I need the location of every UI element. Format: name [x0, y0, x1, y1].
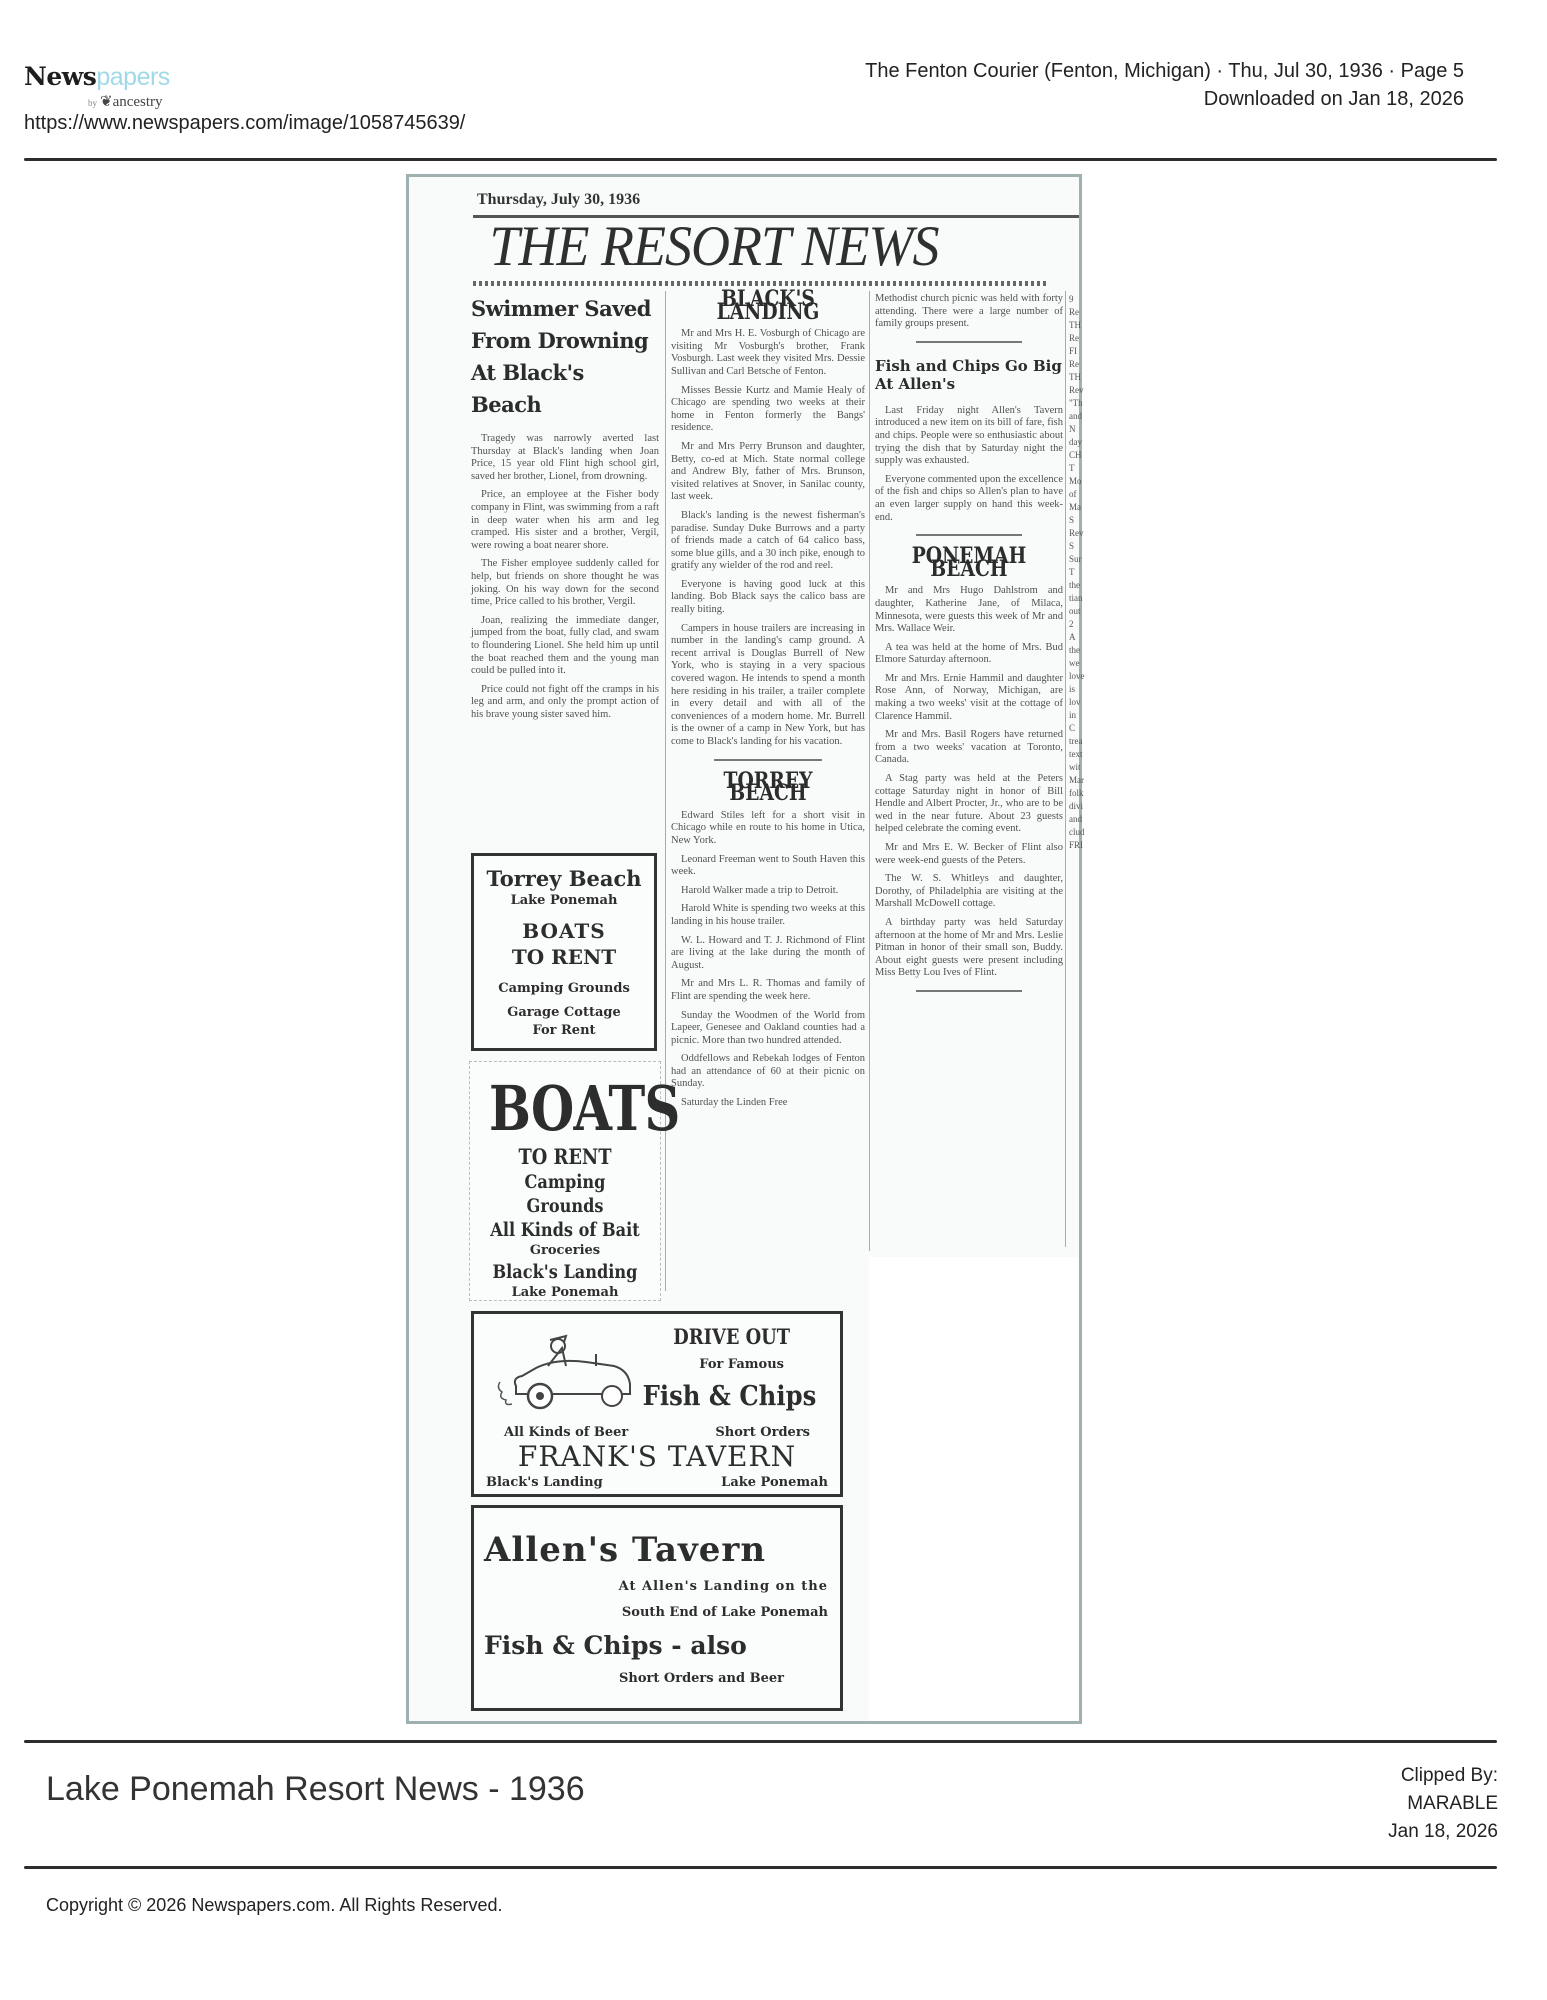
news-item: Mr and Mrs. Ernie Hammil and daughter Ro…	[875, 673, 1063, 723]
news-item: Harold Walker made a trip to Detroit.	[671, 885, 865, 898]
edge-fragment: day	[1069, 436, 1085, 449]
ad-line: Fish & Chips - also	[484, 1630, 747, 1662]
logo-sub-text: ancestry	[113, 94, 163, 110]
ad-line: Short Orders and Beer	[619, 1670, 784, 1688]
edge-fragment: Rev	[1069, 384, 1085, 397]
news-item: Mr and Mrs. Basil Rogers have returned f…	[875, 729, 1063, 767]
headline-line: At Black's Beach	[471, 360, 584, 417]
edge-fragment: Re	[1069, 332, 1085, 345]
news-item: Mr and Mrs L. R. Thomas and family of Fl…	[671, 978, 865, 1003]
news-item: A tea was held at the home of Mrs. Bud E…	[875, 642, 1063, 667]
blank-cutout-area	[869, 1257, 1079, 1721]
torrey-beach-headline: TORREY BEACH	[686, 775, 851, 800]
edge-fragment: TH	[1069, 319, 1085, 332]
section-rule	[916, 341, 1021, 343]
ponemah-beach-headline: PONEMAH BEACH	[889, 550, 1049, 575]
edge-fragment: C	[1069, 722, 1085, 735]
edge-fragment: folk	[1069, 787, 1085, 800]
edge-fragment: trea	[1069, 735, 1085, 748]
ad-line: Black's Landing	[486, 1474, 603, 1492]
blacks-landing-headline: BLACK'S LANDING	[686, 293, 851, 318]
story-paragraph: Everyone commented upon the excellence o…	[875, 474, 1063, 524]
edge-fragment: 2	[1069, 618, 1085, 631]
ad-line: Fish & Chips	[643, 1380, 817, 1414]
edge-fragment: and	[1069, 410, 1085, 423]
newspaper-clipping: Thursday, July 30, 1936 THE RESORT NEWS …	[406, 174, 1082, 1724]
ad-line: TO RENT	[474, 944, 654, 970]
column-divider	[869, 291, 870, 1251]
edge-fragment: love	[1069, 670, 1085, 683]
edge-fragment: Re	[1069, 358, 1085, 371]
edge-fragment: tian	[1069, 592, 1085, 605]
clipped-by-label: Clipped By:	[1388, 1762, 1498, 1790]
section-rule	[916, 534, 1021, 536]
section-rule	[916, 990, 1021, 992]
swimmer-story: Swimmer Saved From Drowning At Black's B…	[471, 293, 659, 727]
edge-fragment: of	[1069, 488, 1085, 501]
ad-title: Allen's Tavern	[484, 1530, 766, 1570]
ad-line: Garage Cottage	[474, 1004, 654, 1022]
story-paragraph: Price, an employee at the Fisher body co…	[471, 489, 659, 552]
edge-fragment: S	[1069, 514, 1085, 527]
news-item: Oddfellows and Rebekah lodges of Fenton …	[671, 1053, 865, 1091]
torrey-beach-ad: Torrey Beach Lake Ponemah BOATS TO RENT …	[471, 853, 657, 1051]
blacks-landing-column: BLACK'S LANDING Mr and Mrs H. E. Vosburg…	[671, 293, 865, 1116]
news-item: Saturday the Linden Free	[671, 1097, 865, 1110]
copyright-notice: Copyright © 2026 Newspapers.com. All Rig…	[46, 1895, 502, 1916]
edge-fragment: Rev	[1069, 527, 1085, 540]
edge-fragment: we	[1069, 657, 1085, 670]
edge-fragment: Ma	[1069, 501, 1085, 514]
edge-fragment: Mar	[1069, 774, 1085, 787]
section-rule	[714, 759, 823, 761]
download-date: Downloaded on Jan 18, 2026	[865, 85, 1464, 113]
ancestry-leaf-icon: ❦	[100, 94, 113, 110]
news-item: Everyone is having good luck at this lan…	[671, 579, 865, 617]
ad-line: All Kinds of Bait	[484, 1218, 646, 1242]
footer-divider-bottom	[24, 1866, 1497, 1869]
edge-fragment: text	[1069, 748, 1085, 761]
story-paragraph: Last Friday night Allen's Tavern introdu…	[875, 405, 1063, 468]
edge-fragment: divi	[1069, 800, 1085, 813]
edge-fragment: Re	[1069, 306, 1085, 319]
news-item: Mr and Mrs E. W. Becker of Flint also we…	[875, 842, 1063, 867]
ponemah-column: Methodist church picnic was held with fo…	[875, 293, 1063, 1006]
edge-fragment: in	[1069, 709, 1085, 722]
news-item: Harold White is spending two weeks at th…	[671, 903, 865, 928]
edge-fragment: T	[1069, 566, 1085, 579]
story-paragraph: Tragedy was narrowly averted last Thursd…	[471, 433, 659, 483]
newspapers-logo[interactable]: Newspapers	[24, 62, 170, 92]
news-item: W. L. Howard and T. J. Richmond of Flint…	[671, 935, 865, 973]
cut-off-column: 9ReTHReFIReTHRev"ThandNdayCHTMoofMaSRevS…	[1069, 293, 1085, 852]
news-item: Leonard Freeman went to South Haven this…	[671, 854, 865, 879]
edge-fragment: "Th	[1069, 397, 1085, 410]
edge-fragment: lov	[1069, 696, 1085, 709]
logo-light-text: papers	[96, 63, 169, 91]
logo-by-text: by	[88, 98, 97, 108]
ad-line: Camping Grounds	[484, 1170, 646, 1218]
news-item: Misses Bessie Kurtz and Mamie Healy of C…	[671, 385, 865, 435]
news-item: Mr and Mrs Hugo Dahlstrom and daughter, …	[875, 585, 1063, 635]
ad-line: Groceries	[470, 1242, 660, 1260]
franks-tavern-ad: DRIVE OUT For Famous Fish & Chips All Ki…	[471, 1311, 843, 1497]
ad-line: For Rent	[474, 1022, 654, 1040]
edge-fragment: Sur	[1069, 553, 1085, 566]
ad-line: Camping Grounds	[474, 980, 654, 998]
ad-location: Lake Ponemah	[474, 892, 654, 910]
ad-line: Lake Ponemah	[721, 1474, 828, 1492]
ad-line: TO RENT	[484, 1144, 646, 1170]
edge-fragment: out	[1069, 605, 1085, 618]
news-item: Mr and Mrs H. E. Vosburgh of Chicago are…	[671, 328, 865, 378]
edge-fragment: S	[1069, 540, 1085, 553]
ad-line: At Allen's Landing on the	[619, 1578, 828, 1596]
news-item: A Stag party was held at the Peters cott…	[875, 773, 1063, 836]
news-item: Sunday the Woodmen of the World from Lap…	[671, 1010, 865, 1048]
publication-title: The Fenton Courier (Fenton, Michigan) · …	[865, 57, 1464, 85]
clipped-by-info: Clipped By: MARABLE Jan 18, 2026	[1388, 1762, 1498, 1846]
fish-chips-headline: Fish and Chips Go Big At Allen's	[875, 357, 1063, 393]
masthead: THE RESORT NEWS	[409, 213, 1019, 278]
edge-fragment: N	[1069, 423, 1085, 436]
edge-fragment: A	[1069, 631, 1085, 644]
edge-fragment: FI	[1069, 345, 1085, 358]
issue-date: Thursday, July 30, 1936	[477, 191, 640, 209]
ad-line: South End of Lake Ponemah	[622, 1604, 828, 1622]
edge-fragment: Mo	[1069, 475, 1085, 488]
publication-info: The Fenton Courier (Fenton, Michigan) · …	[865, 57, 1464, 113]
edge-fragment: CH	[1069, 449, 1085, 462]
allens-tavern-ad: Allen's Tavern At Allen's Landing on the…	[471, 1505, 843, 1711]
edge-fragment: the	[1069, 579, 1085, 592]
edge-fragment: clud	[1069, 826, 1085, 839]
edge-fragment: is	[1069, 683, 1085, 696]
clip-title: Lake Ponemah Resort News - 1936	[46, 1770, 585, 1809]
news-item: Mr and Mrs Perry Brunson and daughter, B…	[671, 441, 865, 504]
ancestry-byline: by❦ancestry	[88, 92, 163, 111]
edge-fragment: TH	[1069, 371, 1085, 384]
news-item: A birthday party was held Saturday after…	[875, 917, 1063, 980]
swimmer-headline: Swimmer Saved From Drowning At Black's B…	[471, 293, 659, 421]
ad-line: Lake Ponemah	[470, 1284, 660, 1302]
logo-main-text: News	[24, 62, 96, 91]
ad-line: BOATS	[474, 918, 654, 944]
edge-fragment: wit	[1069, 761, 1085, 774]
story-paragraph: The Fisher employee suddenly called for …	[471, 558, 659, 608]
news-item: Edward Stiles left for a short visit in …	[671, 810, 865, 848]
headline-line: Swimmer Saved	[471, 296, 651, 321]
news-item: Campers in house trailers are increasing…	[671, 623, 865, 749]
header-divider	[24, 158, 1497, 161]
ad-line: For Famous	[699, 1356, 784, 1374]
column-divider	[1065, 291, 1066, 1247]
news-item: Black's landing is the newest fisherman'…	[671, 510, 865, 573]
image-url[interactable]: https://www.newspapers.com/image/1058745…	[24, 112, 465, 135]
car-icon	[496, 1328, 646, 1418]
ad-title: Torrey Beach	[474, 866, 654, 892]
ad-line: DRIVE OUT	[673, 1324, 790, 1350]
edge-fragment: T	[1069, 462, 1085, 475]
edge-fragment: FRI	[1069, 839, 1085, 852]
ad-title: BOATS	[489, 1074, 641, 1144]
methodist-picnic-item: Methodist church picnic was held with fo…	[875, 293, 1063, 331]
edge-fragment: and	[1069, 813, 1085, 826]
blacks-landing-boats-ad: BOATS TO RENT Camping Grounds All Kinds …	[469, 1061, 661, 1301]
story-paragraph: Price could not fight off the cramps in …	[471, 684, 659, 722]
ad-line: Black's Landing	[484, 1260, 646, 1284]
story-paragraph: Joan, realizing the immediate danger, ju…	[471, 615, 659, 678]
edge-fragment: 9	[1069, 293, 1085, 306]
news-item: The W. S. Whitleys and daughter, Dorothy…	[875, 873, 1063, 911]
headline-line: From Drowning	[471, 328, 648, 353]
edge-fragment: the	[1069, 644, 1085, 657]
clipped-by-user[interactable]: MARABLE	[1388, 1790, 1498, 1818]
ad-title: FRANK'S TAVERN	[474, 1440, 840, 1474]
clipped-date: Jan 18, 2026	[1388, 1818, 1498, 1846]
footer-divider-top	[24, 1740, 1497, 1743]
